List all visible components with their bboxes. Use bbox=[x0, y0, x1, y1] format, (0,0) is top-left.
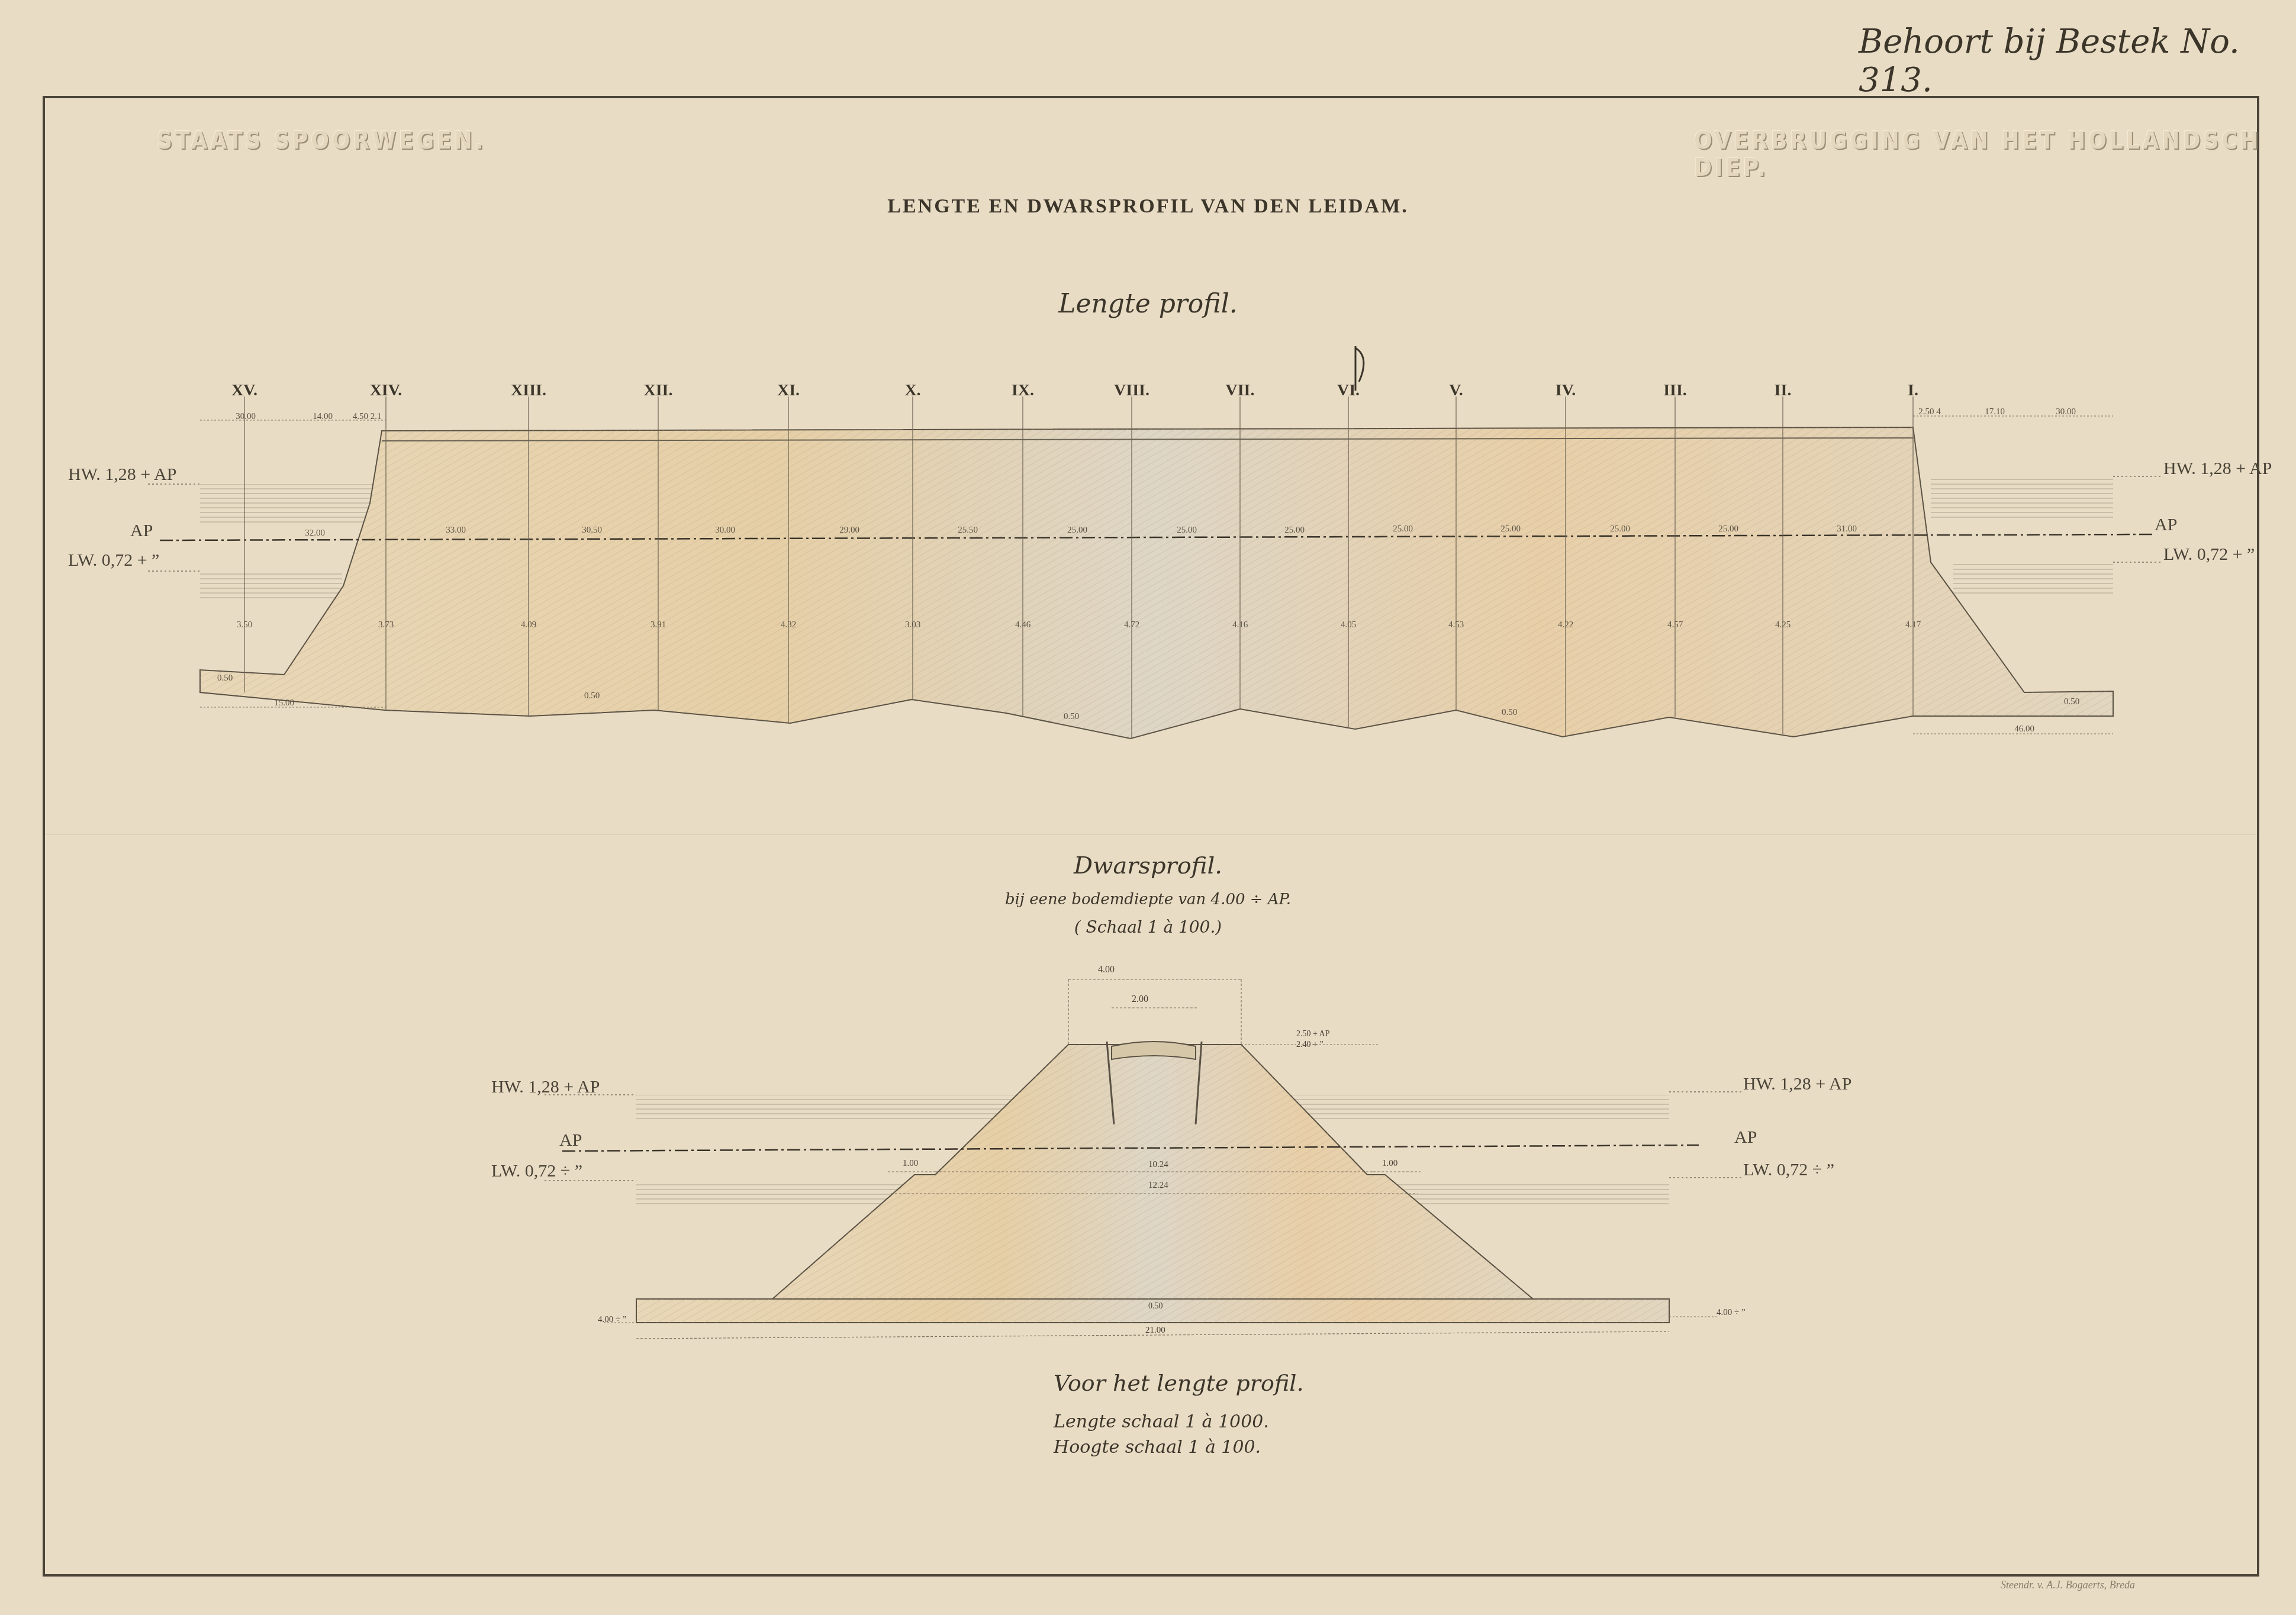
berm-right: 1.00 bbox=[1382, 1159, 1397, 1169]
scale-note-heading: Voor het lengte profil. bbox=[1054, 1370, 1304, 1396]
base-level-left: 4.00 ÷ ” bbox=[598, 1315, 627, 1325]
base-width: 21.00 bbox=[1145, 1326, 1165, 1336]
cross-ap-left: AP bbox=[559, 1130, 582, 1150]
base-level-right: 4.00 ÷ ” bbox=[1717, 1308, 1746, 1318]
cross-hw-left: HW. 1,28 + AP bbox=[491, 1077, 600, 1097]
crest-level-1: 2.50 + AP bbox=[1296, 1030, 1330, 1039]
crest-level-2: 2.40 + ” bbox=[1296, 1040, 1323, 1050]
height-scale: Hoogte schaal 1 à 100. bbox=[1054, 1437, 1261, 1458]
cross-ap-right: AP bbox=[1734, 1127, 1757, 1147]
crown-width: 4.00 bbox=[1098, 965, 1115, 975]
width-lower: 12.24 bbox=[1148, 1181, 1168, 1191]
cross-lw-right: LW. 0,72 ÷ ” bbox=[1743, 1160, 1834, 1180]
length-scale: Lengte schaal 1 à 1000. bbox=[1054, 1411, 1269, 1432]
berm-left: 1.00 bbox=[903, 1159, 918, 1169]
width-at-berm: 10.24 bbox=[1148, 1160, 1168, 1170]
printer-imprint: Steendr. v. A.J. Bogaerts, Breda bbox=[2001, 1579, 2135, 1591]
mattress-thickness: 0.50 bbox=[1148, 1302, 1163, 1311]
cross-hw-right: HW. 1,28 + AP bbox=[1743, 1074, 1851, 1094]
inner-width: 2.00 bbox=[1132, 994, 1148, 1005]
cross-lw-left: LW. 0,72 ÷ ” bbox=[491, 1161, 582, 1181]
